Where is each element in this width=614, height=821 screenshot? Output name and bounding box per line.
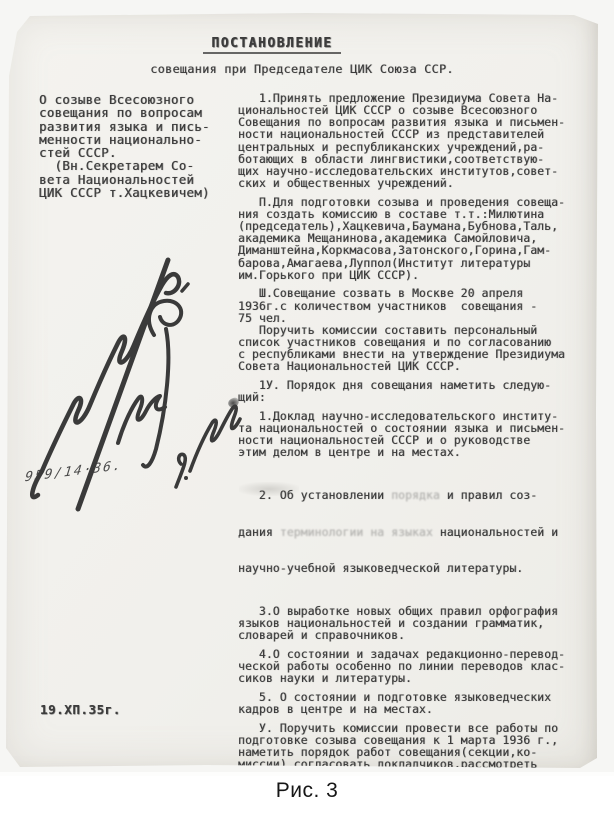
agenda-item-1: 1.Доклад научно-исследовательского инсти… <box>238 410 592 459</box>
document-subject-block: О созыве Всесоюзного совещания по вопрос… <box>39 93 239 199</box>
document-title: ПОСТАНОВЛЕНИЕ <box>122 36 422 54</box>
paragraph-4-agenda-header: 1У. Порядок дня совещания наметить следу… <box>238 379 592 403</box>
figure-caption: Рис. 3 <box>0 776 614 821</box>
signature-curl-tick <box>182 284 188 291</box>
paragraph-1: 1.Принять предложение Президиума Совета … <box>238 92 592 189</box>
agenda-item-4: 4.О состоянии и задачах редакционно-пере… <box>238 648 592 684</box>
signature-curl <box>149 301 181 335</box>
agenda-item-2-text: дания <box>238 525 280 539</box>
handwritten-date-note: 959/14·36. <box>24 458 123 485</box>
document-body: 1.Принять предложение Президиума Совета … <box>238 92 592 789</box>
paragraph-5-commission-tasks: У. Поручить комиссии провести все работы… <box>238 722 592 783</box>
agenda-item-2-text: национальностей и <box>433 525 558 539</box>
agenda-item-3: 3.О выработке новых общих правил орфогра… <box>238 605 592 641</box>
paragraph-2: П.Для подготовки созыва и проведения сов… <box>238 196 592 281</box>
signature-scrawl-middle <box>118 396 165 443</box>
agenda-item-2-line-3: научно-учебной языковедческой литературы… <box>238 562 592 574</box>
paragraph-3: Ш.Совещание созвать в Москве 20 апреля 1… <box>238 287 592 372</box>
ink-smear <box>239 482 299 496</box>
agenda-item-2-faded-text: терминологии на языках <box>280 525 433 539</box>
document-subtitle: совещания при Председателе ЦИК Союза ССР… <box>6 62 598 76</box>
agenda-item-2-line-2: дания терминологии на языках национально… <box>238 526 592 538</box>
agenda-item-2-text: и правил соз- <box>440 488 537 502</box>
agenda-item-2-faded-text: порядка <box>391 488 440 502</box>
signature-tail <box>143 329 168 467</box>
document-date: 19.ХП.35г. <box>40 702 121 717</box>
signature-initials <box>176 406 240 487</box>
scanned-document-page: ПОСТАНОВЛЕНИЕ совещания при Председателе… <box>6 12 598 768</box>
signature-dot <box>184 476 188 480</box>
agenda-item-5: 5. О состоянии и подготовке языковедческ… <box>238 691 592 715</box>
handwritten-signature <box>16 247 256 537</box>
document-title-text: ПОСТАНОВЛЕНИЕ <box>203 36 340 54</box>
